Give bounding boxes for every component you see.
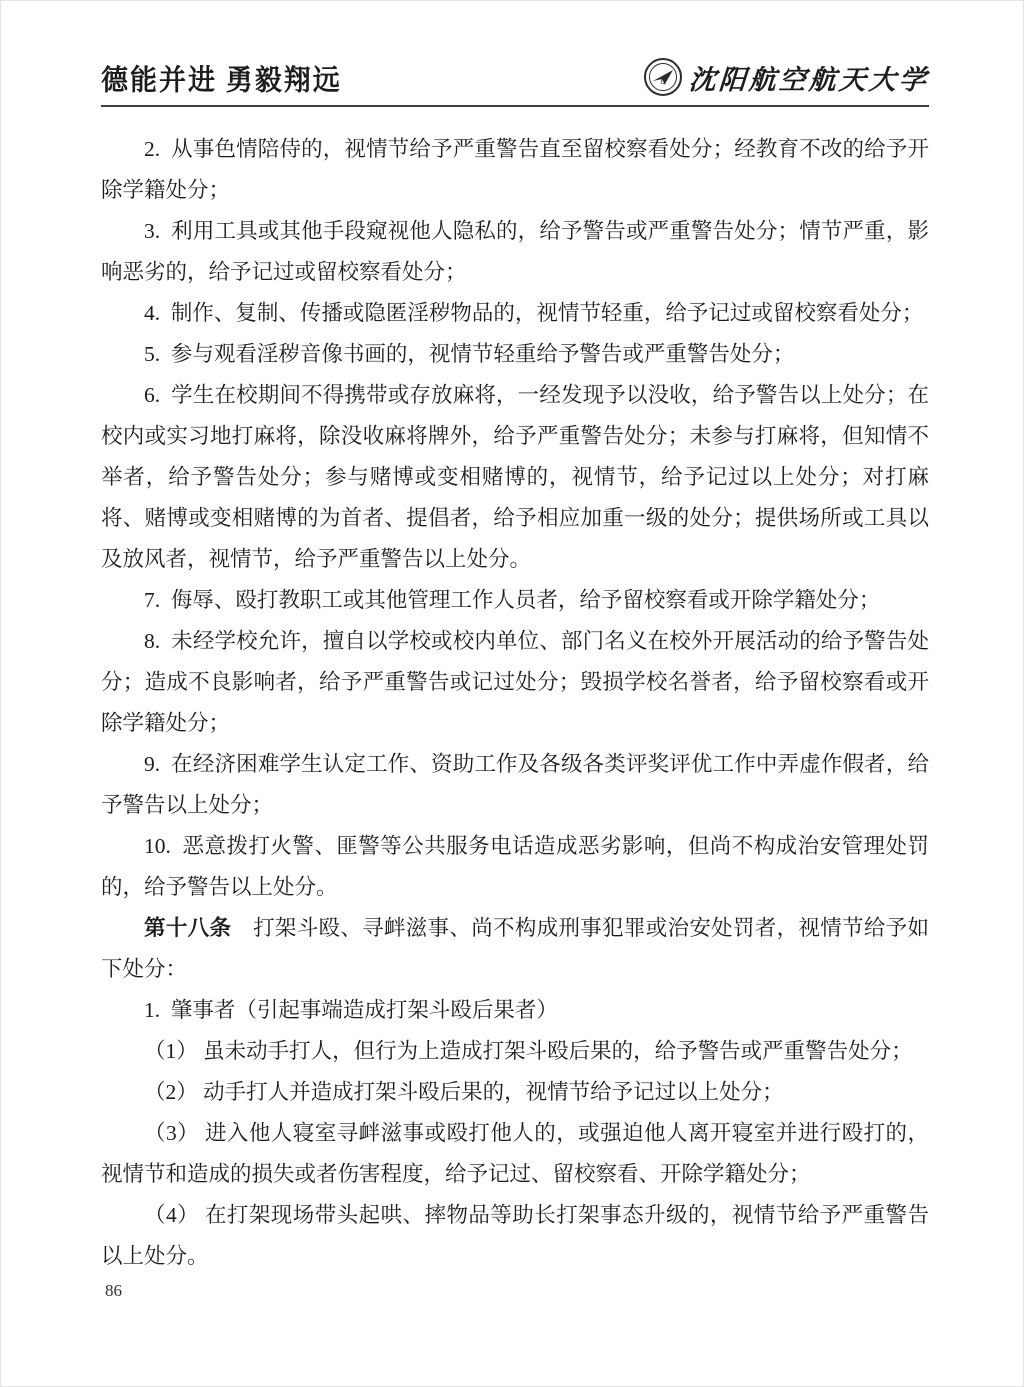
- paragraph: 8. 未经学校允许，擅自以学校或校内单位、部门名义在校外开展活动的给予警告处分；…: [101, 621, 929, 744]
- paragraph-text: （4） 在打架现场带头起哄、摔物品等助长打架事态升级的，视情节给予严重警告以上处…: [101, 1203, 929, 1268]
- page-header: 德能并进 勇毅翔远 沈阳航空航天大学: [101, 57, 929, 107]
- paragraph-text: 10. 恶意拨打火警、匪警等公共服务电话造成恶劣影响，但尚不构成治安管理处罚的，…: [101, 834, 929, 899]
- paragraph-text: （2） 动手打人并造成打架斗殴后果的，视情节给予记过以上处分；: [144, 1080, 784, 1104]
- school-motto-calligraphy: 德能并进 勇毅翔远: [101, 57, 342, 98]
- paragraph: 5. 参与观看淫秽音像书画的，视情节轻重给予警告或严重警告处分；: [101, 334, 929, 375]
- paragraph-text: 2. 从事色情陪侍的，视情节给予严重警告直至留校察看处分；经教育不改的给予开除学…: [101, 137, 929, 202]
- paragraph: 6. 学生在校期间不得携带或存放麻将，一经发现予以没收，给予警告以上处分；在校内…: [101, 375, 929, 580]
- paragraph: 第十八条 打架斗殴、寻衅滋事、尚不构成刑事犯罪或治安处罚者，视情节给予如下处分：: [101, 908, 929, 990]
- paragraph-text: 3. 利用工具或其他手段窥视他人隐私的，给予警告或严重警告处分；情节严重，影响恶…: [101, 219, 929, 284]
- page-number: 86: [105, 1281, 122, 1301]
- paragraph-text: 9. 在经济困难学生认定工作、资助工作及各级各类评奖评优工作中弄虚作假者，给予警…: [101, 752, 929, 817]
- paragraph-text: 5. 参与观看淫秽音像书画的，视情节轻重给予警告或严重警告处分；: [144, 342, 794, 366]
- paragraph: （2） 动手打人并造成打架斗殴后果的，视情节给予记过以上处分；: [101, 1072, 929, 1113]
- paragraph: 9. 在经济困难学生认定工作、资助工作及各级各类评奖评优工作中弄虚作假者，给予警…: [101, 744, 929, 826]
- paragraph: 1. 肇事者（引起事端造成打架斗殴后果者）: [101, 990, 929, 1031]
- article-number-label: 第十八条: [144, 916, 231, 940]
- university-brand: 沈阳航空航天大学: [643, 57, 929, 97]
- paragraph-text: （3） 进入他人寝室寻衅滋事或殴打他人的，或强迫他人离开寝室并进行殴打的，视情节…: [101, 1121, 929, 1186]
- paragraph: （1） 虽未动手打人，但行为上造成打架斗殴后果的，给予警告或严重警告处分；: [101, 1031, 929, 1072]
- document-body: 2. 从事色情陪侍的，视情节给予严重警告直至留校察看处分；经教育不改的给予开除学…: [101, 129, 929, 1277]
- paragraph-text: （1） 虽未动手打人，但行为上造成打架斗殴后果的，给予警告或严重警告处分；: [144, 1039, 913, 1063]
- paragraph: 3. 利用工具或其他手段窥视他人隐私的，给予警告或严重警告处分；情节严重，影响恶…: [101, 211, 929, 293]
- document-page: 德能并进 勇毅翔远 沈阳航空航天大学 2. 从事色情陪侍的，视情节给予严重警告直…: [101, 57, 929, 1277]
- paragraph: 4. 制作、复制、传播或隐匿淫秽物品的，视情节轻重，给予记过或留校察看处分；: [101, 293, 929, 334]
- university-name-calligraphy: 沈阳航空航天大学: [688, 58, 931, 97]
- paragraph: 7. 侮辱、殴打教职工或其他管理工作人员者，给予留校察看或开除学籍处分；: [101, 580, 929, 621]
- paragraph-text: 4. 制作、复制、传播或隐匿淫秽物品的，视情节轻重，给予记过或留校察看处分；: [144, 301, 923, 325]
- paragraph: 2. 从事色情陪侍的，视情节给予严重警告直至留校察看处分；经教育不改的给予开除学…: [101, 129, 929, 211]
- paragraph-text: 1. 肇事者（引起事端造成打架斗殴后果者）: [144, 998, 558, 1022]
- paragraph: （3） 进入他人寝室寻衅滋事或殴打他人的，或强迫他人离开寝室并进行殴打的，视情节…: [101, 1113, 929, 1195]
- paragraph-text: 8. 未经学校允许，擅自以学校或校内单位、部门名义在校外开展活动的给予警告处分；…: [101, 629, 929, 735]
- paragraph-text: 6. 学生在校期间不得携带或存放麻将，一经发现予以没收，给予警告以上处分；在校内…: [101, 383, 929, 571]
- university-logo-icon: [643, 57, 683, 97]
- paragraph-text: 7. 侮辱、殴打教职工或其他管理工作人员者，给予留校察看或开除学籍处分；: [144, 588, 880, 612]
- paragraph: 10. 恶意拨打火警、匪警等公共服务电话造成恶劣影响，但尚不构成治安管理处罚的，…: [101, 826, 929, 908]
- paragraph: （4） 在打架现场带头起哄、摔物品等助长打架事态升级的，视情节给予严重警告以上处…: [101, 1195, 929, 1277]
